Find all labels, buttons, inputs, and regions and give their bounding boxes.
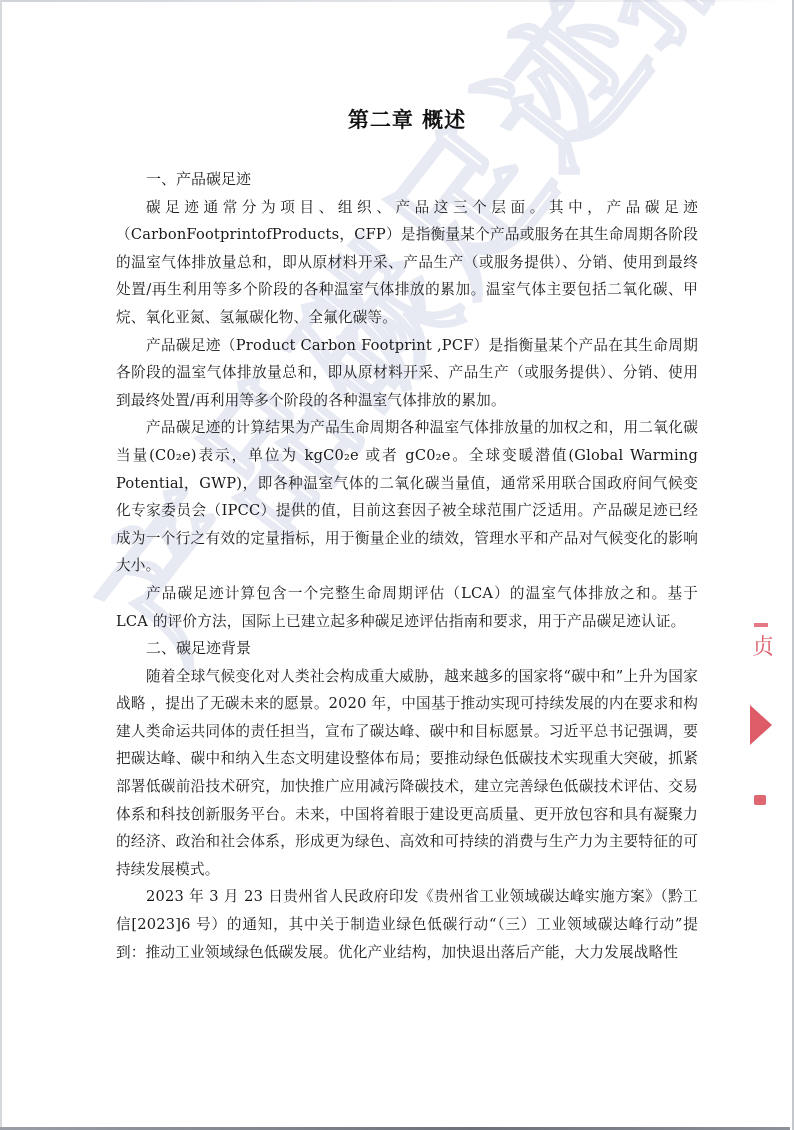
title-spacer	[116, 140, 698, 166]
section-heading: 二、碳足迹背景	[116, 635, 698, 663]
paragraph: 2023 年 3 月 23 日贵州省人民政府印发《贵州省工业领域碳达峰实施方案》…	[116, 883, 698, 966]
paragraph: 碳足迹通常分为项目、组织、产品这三个层面。其中，产品碳足迹（CarbonFoot…	[116, 194, 698, 332]
paragraph: 随着全球气候变化对人类社会构成重大威胁，越来越多的国家将“碳中和”上升为国家战略…	[116, 663, 698, 884]
section-product-carbon-footprint: 一、产品碳足迹 碳足迹通常分为项目、组织、产品这三个层面。其中，产品碳足迹（Ca…	[116, 166, 698, 635]
page-edge-top	[0, 0, 794, 2]
stamp-mark	[754, 623, 768, 627]
stamp-mark	[754, 795, 766, 805]
document-page: 第二章 概述 一、产品碳足迹 碳足迹通常分为项目、组织、产品这三个层面。其中，产…	[116, 100, 698, 966]
page-edge-left	[0, 0, 2, 1130]
stamp-star-icon	[750, 705, 772, 745]
chapter-title: 第二章 概述	[116, 100, 698, 140]
paragraph: 产品碳足迹（Product Carbon Footprint ,PCF）是指衡量…	[116, 332, 698, 415]
paragraph: 产品碳足迹的计算结果为产品生命周期各种温室气体排放量的加权之和，用二氧化碳当量(…	[116, 414, 698, 580]
section-carbon-footprint-background: 二、碳足迹背景 随着全球气候变化对人类社会构成重大威胁，越来越多的国家将“碳中和…	[116, 635, 698, 966]
paragraph: 产品碳足迹计算包含一个完整生命周期评估（LCA）的温室气体排放之和。基于 LCA…	[116, 580, 698, 635]
stamp-glyph: 贞	[752, 630, 774, 661]
red-seal-stamp: 贞	[744, 620, 794, 820]
section-heading: 一、产品碳足迹	[116, 166, 698, 194]
